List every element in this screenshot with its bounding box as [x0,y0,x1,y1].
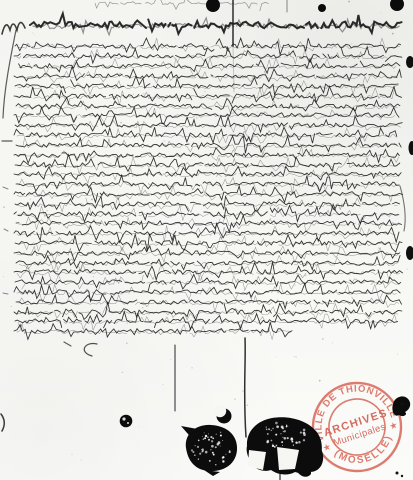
stamp-star-right-icon: ★ [388,420,399,432]
stamp-star-left-icon: ★ [321,441,332,453]
scan-artifacts-layer [1,0,413,480]
scanned-document-page: VILLE DE THIONVILLE (MOSELLE) ARCHIVES M… [0,0,413,480]
handwriting-layer [14,0,403,339]
document-scan: VILLE DE THIONVILLE (MOSELLE) ARCHIVES M… [0,0,413,480]
